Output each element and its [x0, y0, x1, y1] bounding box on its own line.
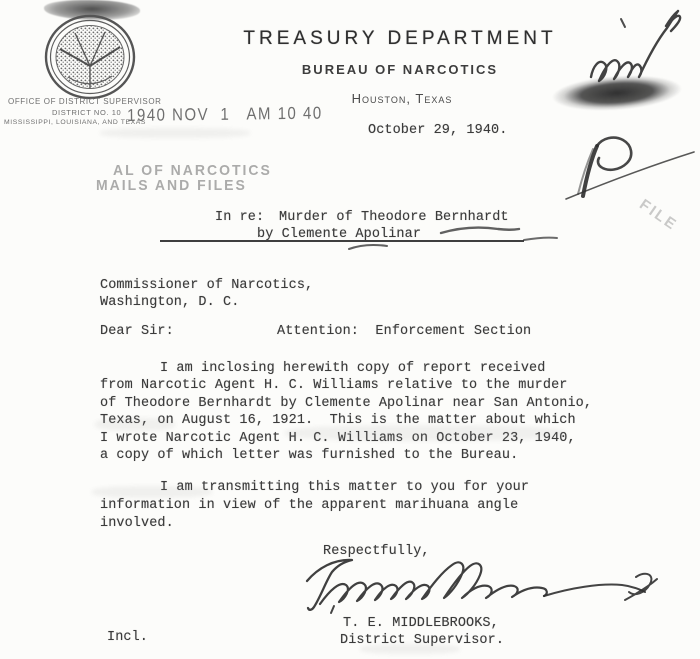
scanned-letter-page: OFFICE OF DISTRICT SUPERVISOR DISTRICT N…	[0, 0, 700, 659]
r-mark-loop	[597, 138, 631, 170]
initials-scrawl	[591, 11, 680, 81]
handwritten-ink-overlay	[0, 0, 700, 659]
signature-script	[307, 560, 657, 613]
